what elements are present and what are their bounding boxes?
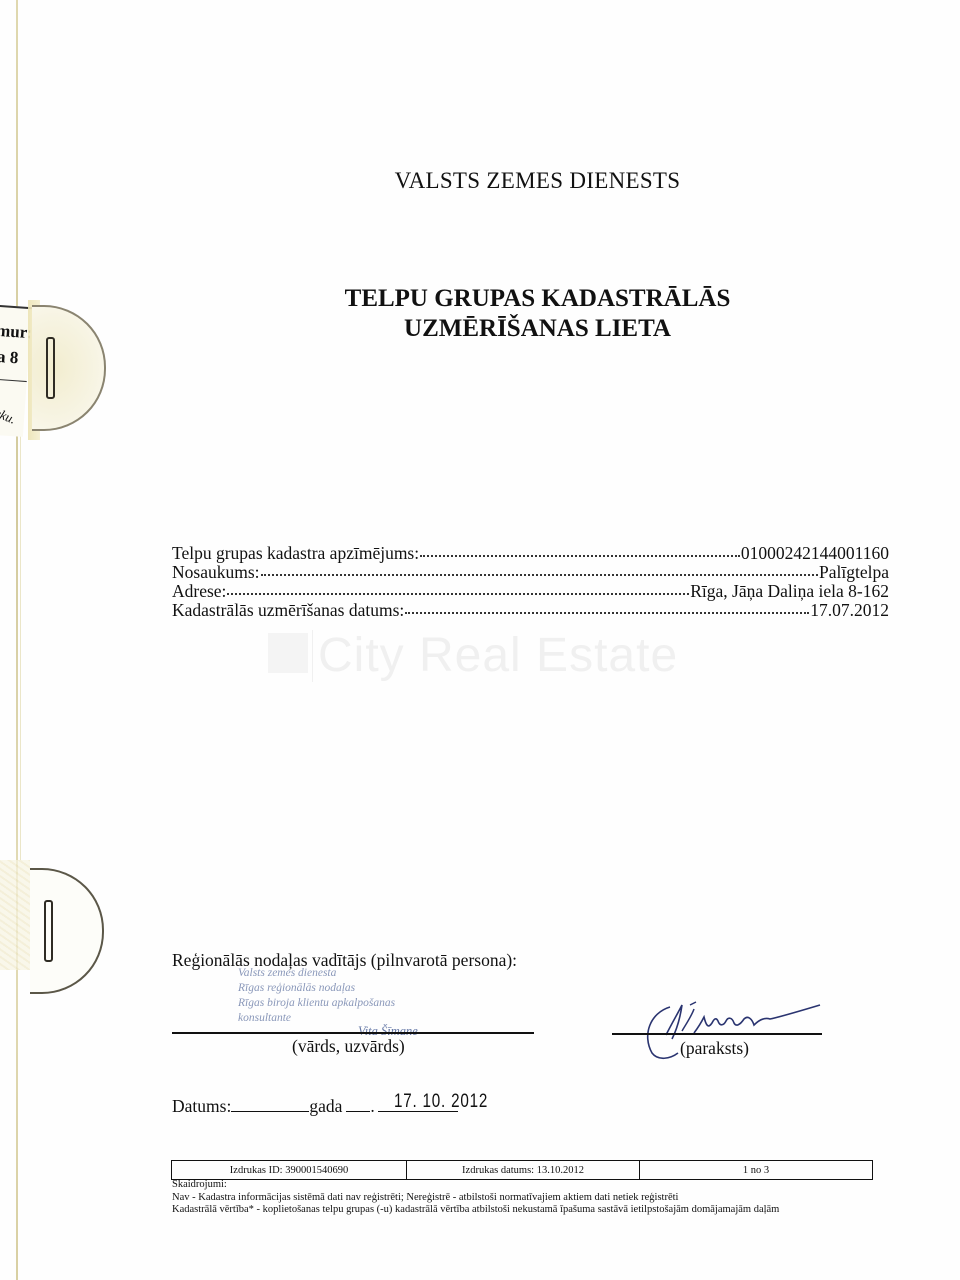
field-name: Nosaukums: Palīgtelpa — [172, 563, 889, 582]
binder-tab-line-2: la 8 — [0, 347, 19, 369]
signature-line — [612, 1033, 822, 1035]
date-row: Datums: gada . 17. 10. 2012 — [172, 1096, 458, 1117]
dot-leader — [227, 593, 689, 595]
explanations: Skaidrojumi: Nav - Kadastra informācijas… — [172, 1179, 872, 1217]
field-value: 17.07.2012 — [810, 601, 889, 620]
print-date: Izdrukas datums: 13.10.2012 — [407, 1161, 640, 1179]
clip-slot — [44, 900, 53, 962]
field-value: Palīgtelpa — [819, 563, 889, 582]
title-line-2: UZMĒRĪŠANAS LIETA — [0, 314, 960, 344]
field-label: Telpu grupas kadastra apzīmējums: — [172, 544, 419, 563]
binder-tab-line-3: Ieku. — [0, 403, 18, 427]
title-line-1: TELPU GRUPAS KADASTRĀLĀS — [0, 284, 960, 314]
field-address: Adrese: Rīga, Jāņa Daliņa iela 8-162 — [172, 582, 889, 601]
note-1: Nav - Kadastra informācijas sistēmā dati… — [172, 1192, 872, 1205]
watermark-separator — [312, 630, 313, 682]
print-info-table: Izdrukas ID: 390001540690 Izdrukas datum… — [171, 1160, 873, 1180]
date-blank — [231, 1097, 309, 1112]
field-label: Nosaukums: — [172, 563, 260, 582]
date-dot: . — [370, 1096, 374, 1117]
dot-leader — [261, 574, 819, 576]
stamp-line: Rīgas reģionālās nodaļas — [238, 981, 395, 996]
stamp-line: Rīgas biroja klientu apkalpošanas — [238, 996, 395, 1011]
handwritten-date-field: 17. 10. 2012 — [378, 1097, 458, 1112]
name-line — [172, 1032, 534, 1034]
field-value: Rīga, Jāņa Daliņa iela 8-162 — [690, 582, 889, 601]
dot-leader — [420, 555, 740, 557]
day-blank — [346, 1097, 370, 1112]
field-value: 01000242144001160 — [741, 544, 889, 563]
notes-title: Skaidrojumi: — [172, 1179, 872, 1192]
note-2: Kadastrālā vērtība* - koplietošanas telp… — [172, 1204, 872, 1217]
document-title: TELPU GRUPAS KADASTRĀLĀS UZMĒRĪŠANAS LIE… — [0, 284, 960, 344]
clip-band-bottom — [0, 860, 30, 970]
handwritten-date: 17. 10. 2012 — [394, 1091, 488, 1113]
official-stamp: Valsts zemes dienesta Rīgas reģionālās n… — [238, 966, 395, 1026]
field-survey-date: Kadastrālās uzmērīšanas datums: 17.07.20… — [172, 601, 889, 620]
watermark-logo-icon — [268, 633, 308, 673]
property-fields: Telpu grupas kadastra apzīmējums: 010002… — [172, 544, 889, 620]
field-cadastral-designation: Telpu grupas kadastra apzīmējums: 010002… — [172, 544, 889, 563]
name-caption: (vārds, uzvārds) — [292, 1036, 405, 1057]
page-number: 1 no 3 — [640, 1161, 872, 1179]
organization-name: VALSTS ZEMES DIENESTS — [0, 168, 960, 194]
year-label: gada — [309, 1096, 342, 1117]
field-label: Kadastrālās uzmērīšanas datums: — [172, 601, 404, 620]
watermark-text: City Real Estate — [318, 628, 678, 683]
binder-edge-secondary — [20, 420, 21, 860]
clip-slot — [46, 337, 55, 399]
date-label: Datums: — [172, 1096, 231, 1117]
binder-clip-bottom-icon — [30, 868, 104, 994]
dot-leader — [405, 612, 809, 614]
print-id: Izdrukas ID: 390001540690 — [172, 1161, 407, 1179]
field-label: Adrese: — [172, 582, 226, 601]
stamp-line: Valsts zemes dienesta — [238, 966, 395, 981]
signature-caption: (paraksts) — [680, 1038, 749, 1059]
